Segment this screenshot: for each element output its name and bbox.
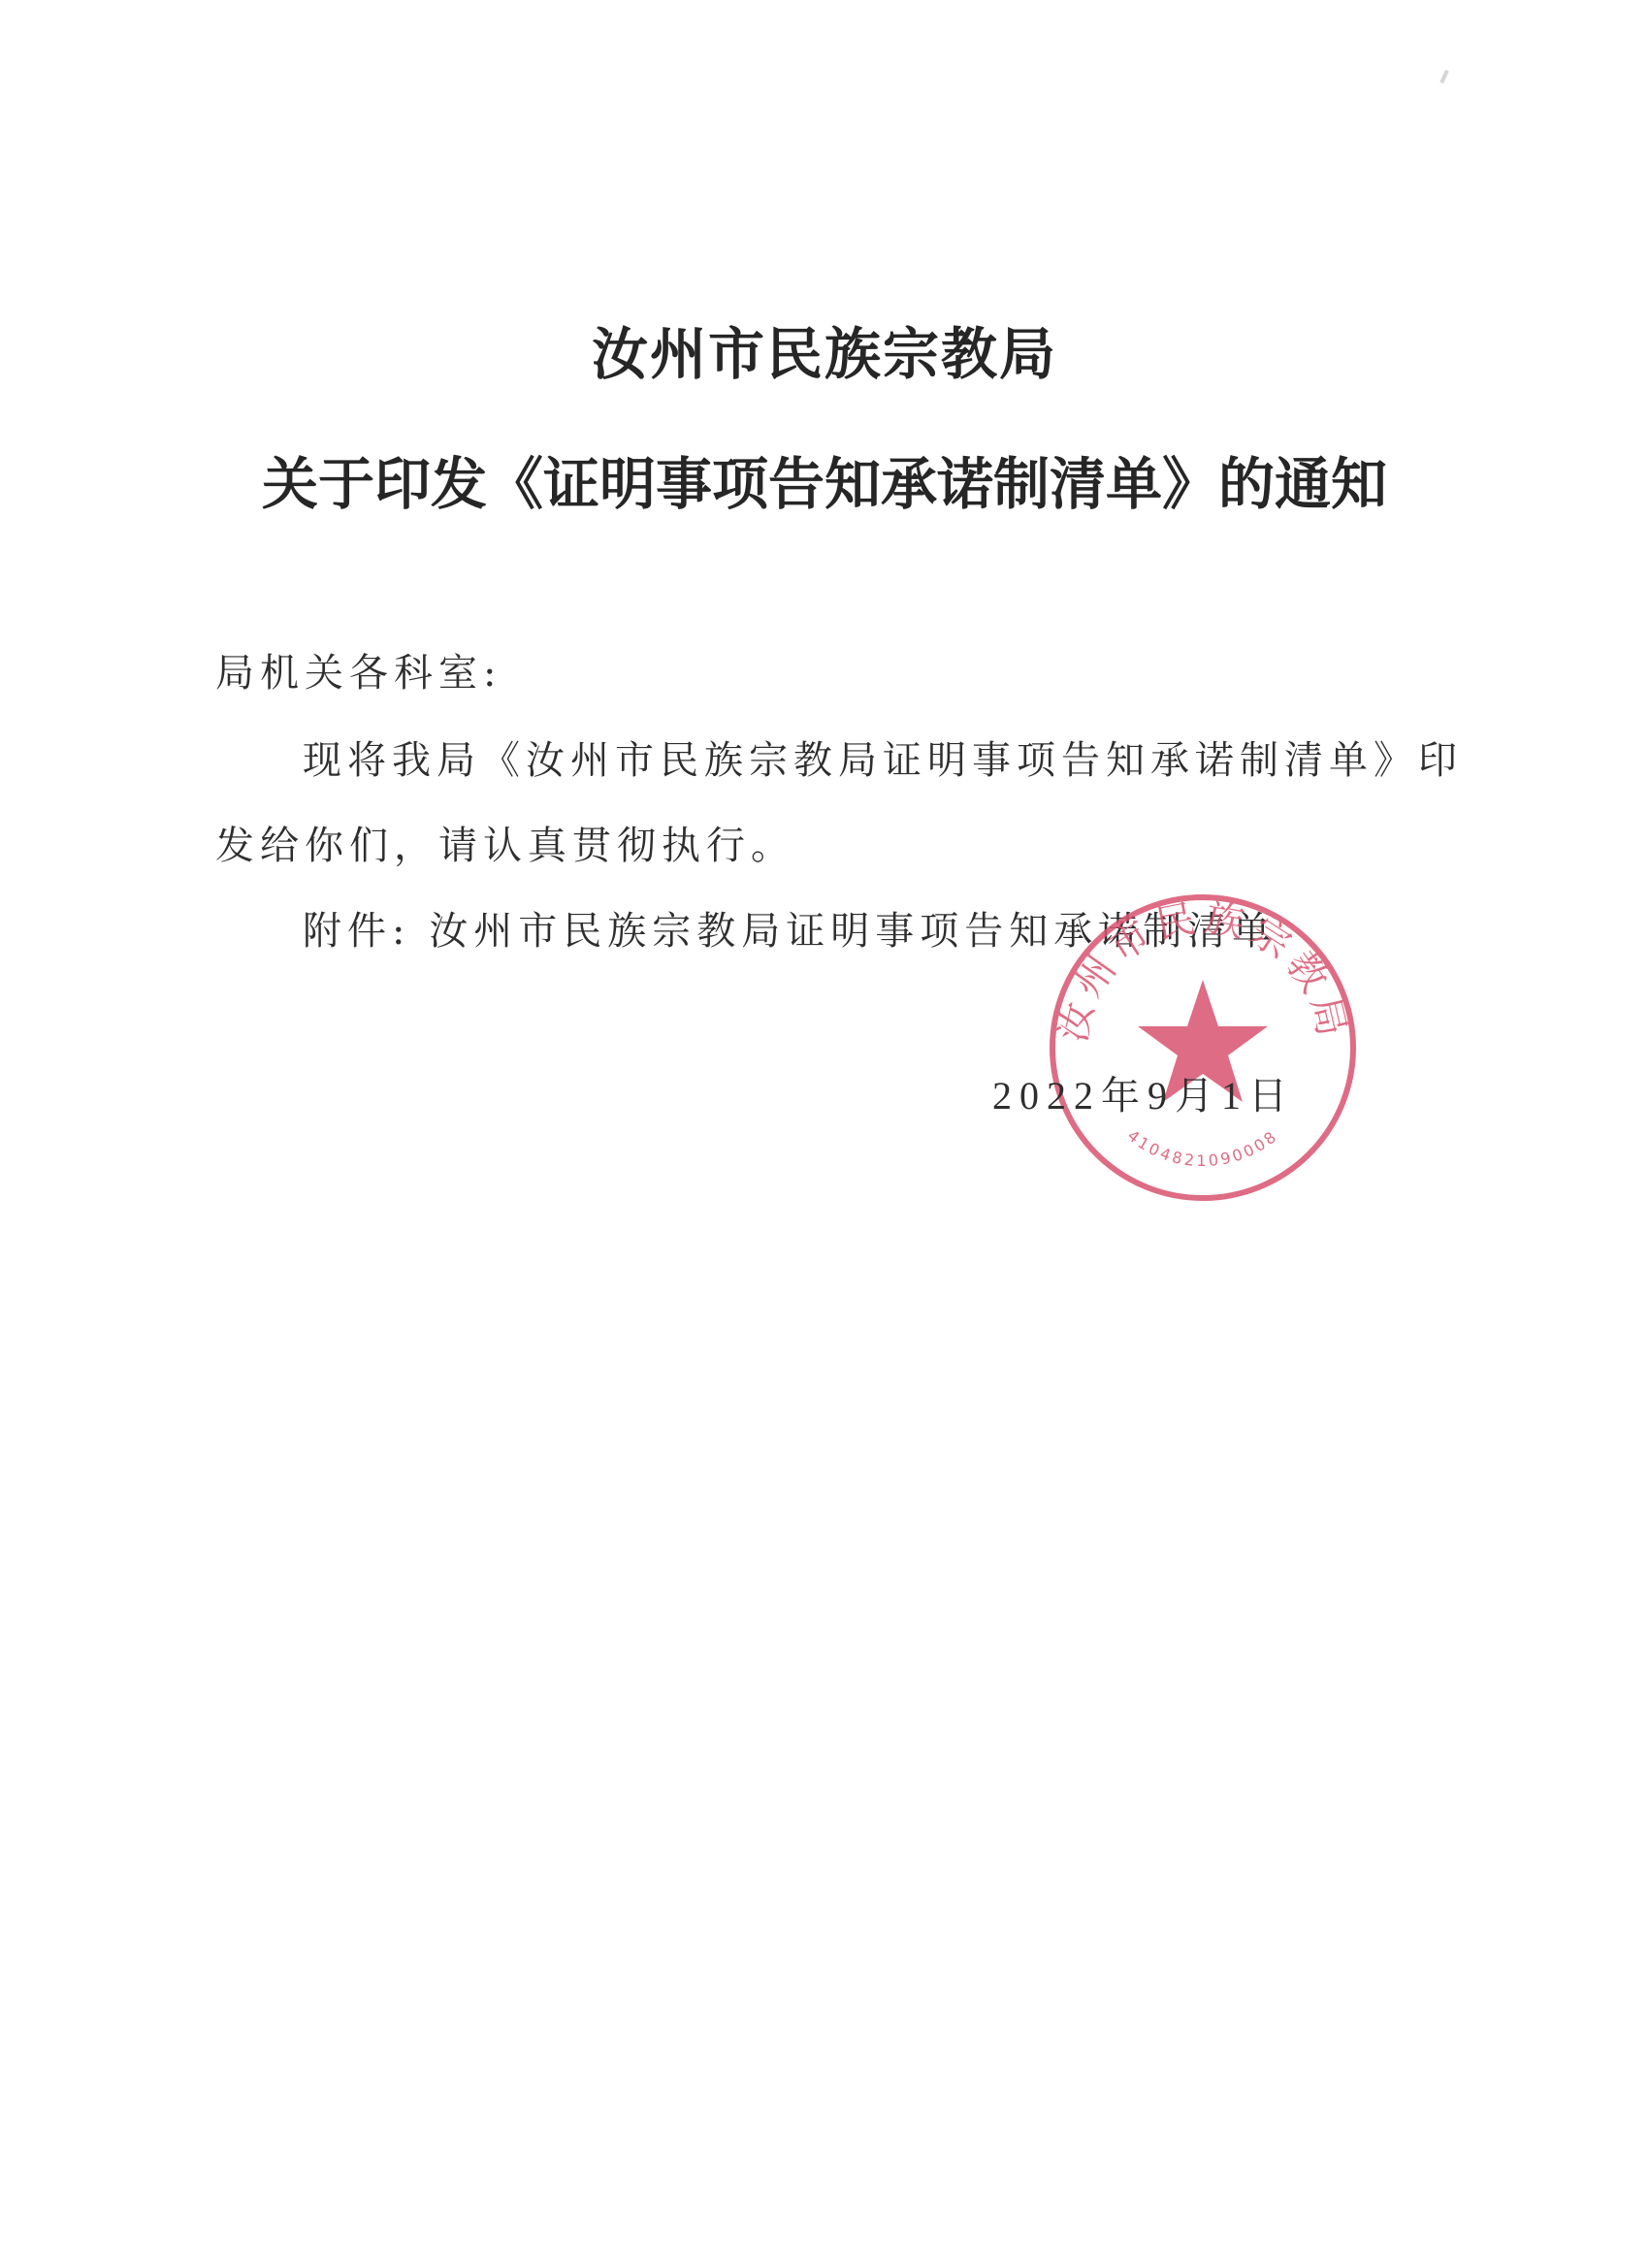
salutation: 局机关各科室: [215,642,501,697]
document-title-subject: 关于印发《证明事项告知承诺制清单》的通知 [218,438,1431,520]
document-title-issuer: 汝州市民族宗教局 [0,308,1649,390]
seal-code: 4104821090008 [1124,1126,1281,1170]
document-page: 汝州市民族宗教局 关于印发《证明事项告知承诺制清单》的通知 局机关各科室: 现将… [0,0,1649,2268]
body-paragraph-line-2: 发给你们，请认真贯彻执行。 [215,815,795,870]
scan-artifact [1439,70,1449,83]
svg-text:4104821090008: 4104821090008 [1124,1126,1281,1170]
official-seal-icon: 汝州市民族宗教局 4104821090008 [1043,888,1363,1208]
body-paragraph-line-1: 现将我局《汝州市民族宗教局证明事项告知承诺制清单》印 [303,729,1463,785]
issue-date: 2022年9月1日 [992,1065,1295,1120]
